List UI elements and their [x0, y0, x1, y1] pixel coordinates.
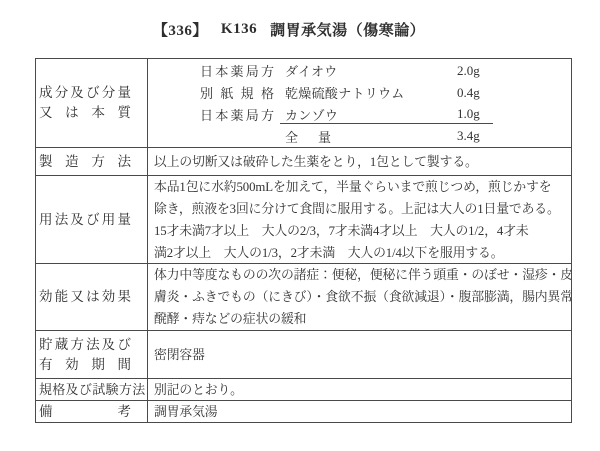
ingredient-name: ダイオウ [285, 61, 338, 80]
content-line: 密閉容器 [154, 344, 571, 366]
content-line: 体力中等度なものの次の諸症：便秘，便秘に伴う頭重・のぼせ・湿疹・皮 [154, 264, 571, 286]
row-label-storage: 貯蔵方法及び 有効期間 [36, 331, 148, 378]
table-row-ingredients: 成分及び分量 又は本質 日本薬局方 ダイオウ 2.0g 別紙規格 乾燥硫酸ナトリ… [36, 59, 571, 148]
document-page: 【336】 K136 調胃承気湯（傷寒論） 成分及び分量 又は本質 日本薬局方 … [0, 0, 600, 451]
row-label-manufacturing: 製造方法 [36, 148, 148, 175]
content-line: 15才未満7才以上 大人の2/3，7才未満4才以上 大人の1/2，4才未 [154, 220, 571, 242]
table-row-dosage: 用法及び用量 本品1包に水約500mLを加えて，半量ぐらいまで煎じつめ，煎じかす… [36, 176, 571, 264]
row-label-line: 成分及び分量 [39, 83, 131, 103]
row-label-line: 有効期間 [39, 355, 131, 375]
spec-table: 成分及び分量 又は本質 日本薬局方 ダイオウ 2.0g 別紙規格 乾燥硫酸ナトリ… [35, 58, 572, 423]
row-label-line: 規格及び試験方法 [39, 380, 145, 400]
row-label-remarks: 備考 [36, 401, 148, 422]
storage-cell: 密閉容器 [148, 331, 571, 378]
row-label-specifications: 規格及び試験方法 [36, 379, 148, 400]
ingredient-amount: 2.0g [457, 63, 480, 79]
title-code: K136 [221, 21, 257, 38]
total-divider-line [280, 123, 493, 124]
table-row-remarks: 備考 調胃承気湯 [36, 401, 571, 422]
total-amount: 3.4g [457, 128, 480, 144]
content-line: 満2才以上 大人の1/3，2才未満 大人の1/4以下を服用する。 [154, 242, 571, 264]
content-line: 別記のとおり。 [154, 379, 571, 400]
row-label-line: 又は本質 [39, 103, 131, 123]
ingredient-name: カンゾウ [285, 105, 338, 124]
ingredient-amount: 1.0g [457, 106, 480, 122]
page-title: 【336】 K136 調胃承気湯（傷寒論） [0, 19, 578, 40]
content-line: 調胃承気湯 [154, 401, 571, 422]
content-line: 本品1包に水約500mLを加えて，半量ぐらいまで煎じつめ，煎じかすを [154, 176, 571, 198]
dosage-cell: 本品1包に水約500mLを加えて，半量ぐらいまで煎じつめ，煎じかすを 除き，煎液… [148, 176, 571, 263]
table-row-efficacy: 効能又は効果 体力中等度なものの次の諸症：便秘，便秘に伴う頭重・のぼせ・湿疹・皮… [36, 264, 571, 331]
total-label: 全量 [285, 127, 331, 146]
ingredients-cell: 日本薬局方 ダイオウ 2.0g 別紙規格 乾燥硫酸ナトリウム 0.4g 日本薬局… [148, 59, 571, 147]
title-number: 【336】 [153, 19, 208, 40]
table-row-specifications: 規格及び試験方法 別記のとおり。 [36, 379, 571, 401]
table-row-storage: 貯蔵方法及び 有効期間 密閉容器 [36, 331, 571, 379]
row-label-line: 用法及び用量 [39, 210, 131, 230]
row-label-efficacy: 効能又は効果 [36, 264, 148, 330]
row-label-line: 備考 [39, 402, 131, 422]
efficacy-cell: 体力中等度なものの次の諸症：便秘，便秘に伴う頭重・のぼせ・湿疹・皮 膚炎・ふきで… [148, 264, 571, 330]
ingredient-row: 日本薬局方 カンゾウ 1.0g [154, 104, 571, 126]
ingredient-standard: 別紙規格 [200, 83, 274, 102]
row-label-line: 製造方法 [39, 152, 131, 172]
ingredient-standard: 日本薬局方 [200, 105, 274, 124]
table-row-manufacturing: 製造方法 以上の切断又は破砕した生薬をとり，1包として製する。 [36, 148, 571, 176]
ingredient-name: 乾燥硫酸ナトリウム [285, 83, 405, 102]
row-label-dosage: 用法及び用量 [36, 176, 148, 263]
title-formula-name: 調胃承気湯（傷寒論） [270, 19, 425, 40]
ingredient-row: 別紙規格 乾燥硫酸ナトリウム 0.4g [154, 82, 571, 104]
ingredient-standard: 日本薬局方 [200, 61, 274, 80]
total-row: 全量 3.4g [154, 125, 571, 147]
row-label-ingredients: 成分及び分量 又は本質 [36, 59, 148, 147]
ingredient-amount: 0.4g [457, 85, 480, 101]
ingredient-row: 日本薬局方 ダイオウ 2.0g [154, 60, 571, 82]
content-line: 醗酵・痔などの症状の緩和 [154, 308, 571, 330]
remarks-cell: 調胃承気湯 [148, 401, 571, 422]
specifications-cell: 別記のとおり。 [148, 379, 571, 400]
content-line: 除き，煎液を3回に分けて食間に服用する。上記は大人の1日量である。 [154, 198, 571, 220]
row-label-line: 効能又は効果 [39, 287, 131, 307]
row-label-line: 貯蔵方法及び [39, 335, 131, 355]
manufacturing-cell: 以上の切断又は破砕した生薬をとり，1包として製する。 [148, 148, 571, 175]
content-line: 以上の切断又は破砕した生薬をとり，1包として製する。 [154, 151, 571, 173]
content-line: 膚炎・ふきでもの（にきび）・食欲不振（食欲減退）・腹部膨満，腸内異常 [154, 286, 571, 308]
